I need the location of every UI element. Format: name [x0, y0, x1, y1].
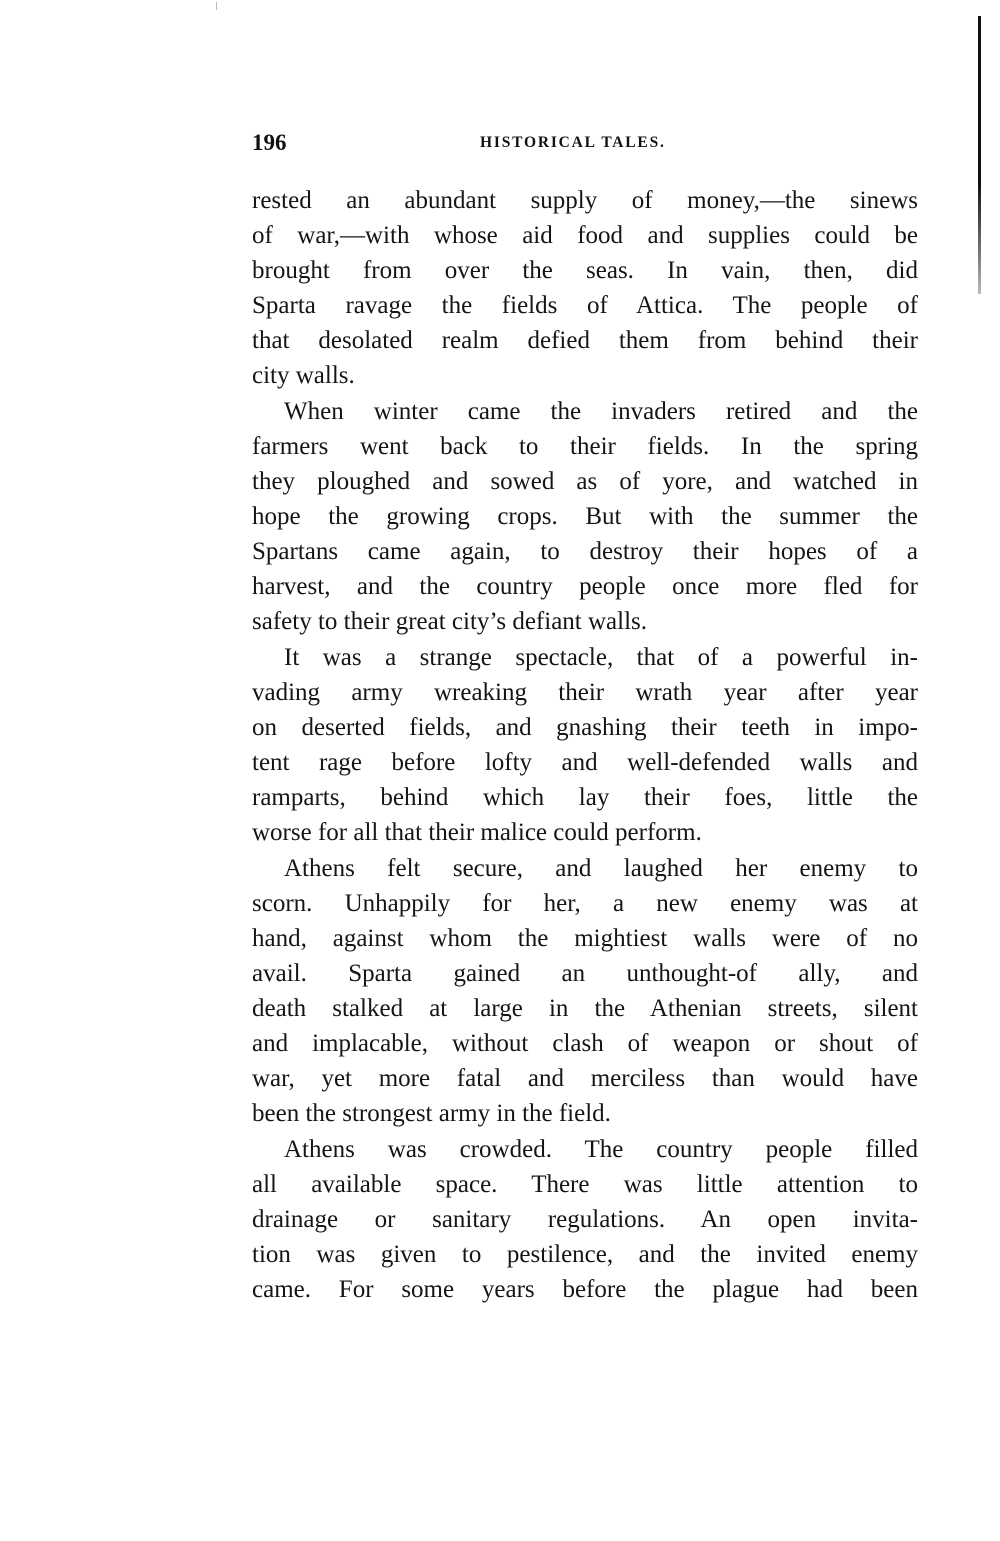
- text-line: death stalked at large in the Athenian s…: [252, 991, 918, 1026]
- text-line: Athens felt secure, and laughed her enem…: [252, 851, 918, 886]
- text-line: harvest, and the country people once mor…: [252, 569, 918, 604]
- text-line: Athens was crowded. The country people f…: [252, 1132, 918, 1167]
- text-line: tion was given to pestilence, and the in…: [252, 1237, 918, 1272]
- paragraph: When winter came the invaders retired an…: [252, 394, 918, 639]
- text-line: avail. Sparta gained an unthought-of all…: [252, 956, 918, 991]
- text-line: all available space. There was little at…: [252, 1167, 918, 1202]
- text-line: city walls.: [252, 358, 918, 393]
- text-line: of war,—with whose aid food and supplies…: [252, 218, 918, 253]
- text-line: worse for all that their malice could pe…: [252, 815, 918, 850]
- text-line: been the strongest army in the field.: [252, 1096, 918, 1131]
- paragraph: rested an abundant supply of money,—the …: [252, 183, 918, 393]
- text-line: scorn. Unhappily for her, a new enemy wa…: [252, 886, 918, 921]
- text-line: Sparta ravage the fields of Attica. The …: [252, 288, 918, 323]
- text-line: tent rage before lofty and well-defended…: [252, 745, 918, 780]
- text-line: ramparts, behind which lay their foes, l…: [252, 780, 918, 815]
- paragraph: Athens was crowded. The country people f…: [252, 1132, 918, 1307]
- page-header: 196 HISTORICAL TALES.: [252, 130, 918, 160]
- text-line: rested an abundant supply of money,—the …: [252, 183, 918, 218]
- text-line: they ploughed and sowed as of yore, and …: [252, 464, 918, 499]
- text-line: It was a strange spectacle, that of a po…: [252, 640, 918, 675]
- text-line: hand, against whom the mightiest walls w…: [252, 921, 918, 956]
- text-line: vading army wreaking their wrath year af…: [252, 675, 918, 710]
- running-head: HISTORICAL TALES.: [480, 134, 666, 152]
- page-number: 196: [252, 130, 287, 156]
- text-line: safety to their great city’s defiant wal…: [252, 604, 918, 639]
- text-line: farmers went back to their fields. In th…: [252, 429, 918, 464]
- text-line: hope the growing crops. But with the sum…: [252, 499, 918, 534]
- text-line: that desolated realm defied them from be…: [252, 323, 918, 358]
- text-line: brought from over the seas. In vain, the…: [252, 253, 918, 288]
- text-line: and implacable, without clash of weapon …: [252, 1026, 918, 1061]
- text-line: Spartans came again, to destroy their ho…: [252, 534, 918, 569]
- text-line: came. For some years before the plague h…: [252, 1272, 918, 1307]
- text-line: drainage or sanitary regulations. An ope…: [252, 1202, 918, 1237]
- body-text: rested an abundant supply of money,—the …: [252, 183, 918, 1307]
- scan-artifact-mark: [216, 2, 217, 10]
- book-page: 196 HISTORICAL TALES. rested an abundant…: [0, 0, 1000, 1541]
- text-line: war, yet more fatal and merciless than w…: [252, 1061, 918, 1096]
- text-line: on deserted fields, and gnashing their t…: [252, 710, 918, 745]
- page-edge-line: [978, 16, 981, 294]
- paragraph: It was a strange spectacle, that of a po…: [252, 640, 918, 850]
- paragraph: Athens felt secure, and laughed her enem…: [252, 851, 918, 1131]
- text-line: When winter came the invaders retired an…: [252, 394, 918, 429]
